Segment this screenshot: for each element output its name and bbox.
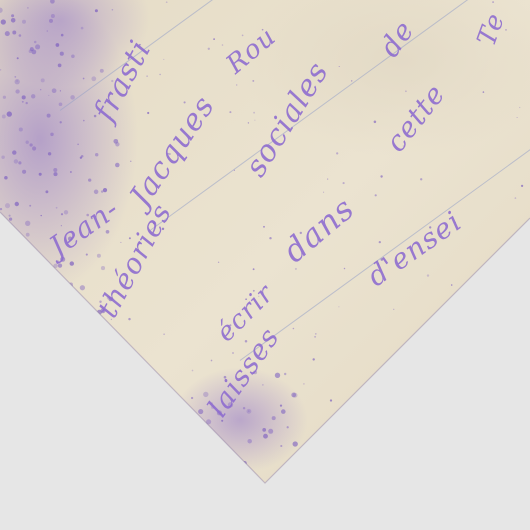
vintage-paper-corner: frastiJacquesRousocialesdeJean-théoriesd… [0,0,530,530]
ink-stipple-texture [0,0,530,530]
photo-scene: frastiJacquesRousocialesdeJean-théoriesd… [0,0,530,530]
